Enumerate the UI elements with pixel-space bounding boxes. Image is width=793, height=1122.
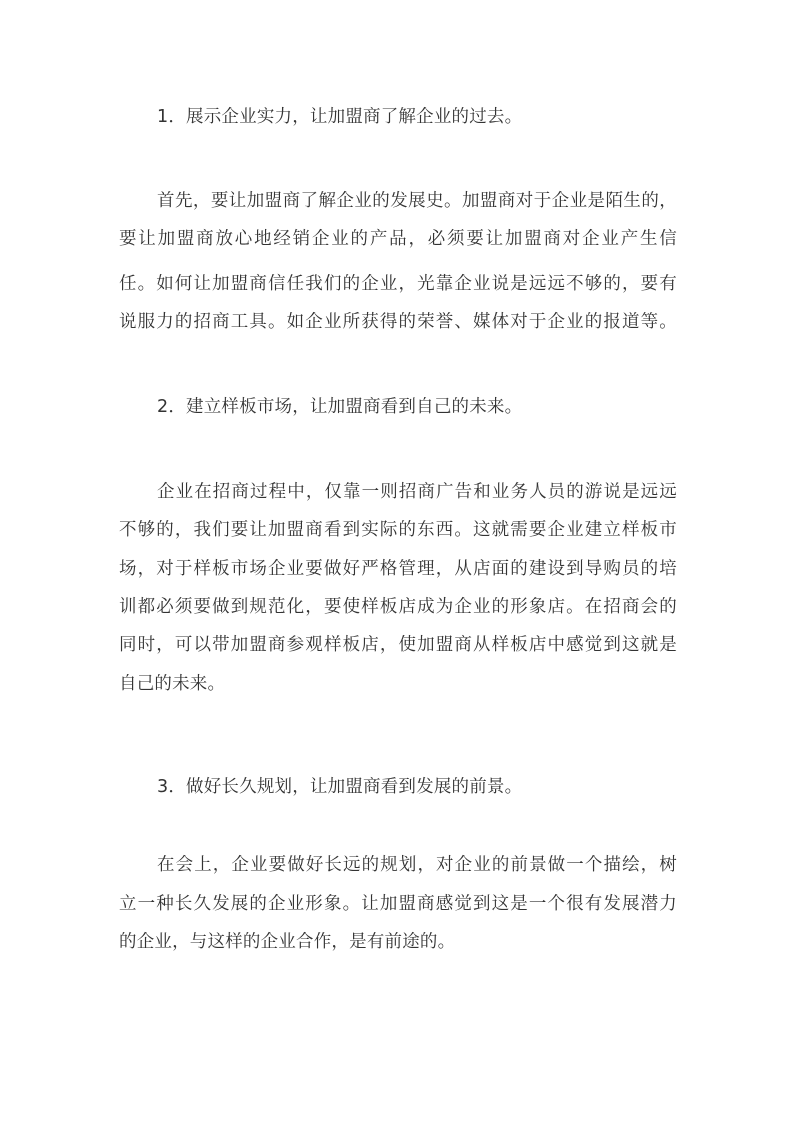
paragraph-line: 训都必须要做到规范化，要使样板店成为企业的形象店。在招商会的 <box>119 595 677 619</box>
paragraph-line: 不够的，我们要让加盟商看到实际的东西。这就需要企业建立样板市 <box>119 518 677 542</box>
paragraph-line: 自己的未来。 <box>119 672 677 696</box>
paragraph-line: 立一种长久发展的企业形象。让加盟商感觉到这是一个很有发展潜力 <box>119 892 677 916</box>
paragraph-line: 要让加盟商放心地经销企业的产品，必须要让加盟商对企业产生信 <box>119 227 677 251</box>
paragraph-line: 企业在招商过程中，仅靠一则招商广告和业务人员的游说是远远 <box>157 480 677 504</box>
paragraph-line: 任。如何让加盟商信任我们的企业，光靠企业说是远远不够的，要有 <box>119 272 677 296</box>
section-heading-3: 3．做好长久规划，让加盟商看到发展的前景。 <box>157 775 677 799</box>
paragraph-line: 同时，可以带加盟商参观样板店，使加盟商从样板店中感觉到这就是 <box>119 633 677 657</box>
paragraph-line: 场，对于样板市场企业要做好严格管理，从店面的建设到导购员的培 <box>119 557 677 581</box>
paragraph-line: 首先，要让加盟商了解企业的发展史。加盟商对于企业是陌生的， <box>157 189 677 213</box>
paragraph-line: 说服力的招商工具。如企业所获得的荣誉、媒体对于企业的报道等。 <box>119 310 677 334</box>
paragraph-line: 在会上，企业要做好长远的规划，对企业的前景做一个描绘，树 <box>157 853 677 877</box>
paragraph-line: 的企业，与这样的企业合作，是有前途的。 <box>119 930 677 954</box>
section-heading-2: 2．建立样板市场，让加盟商看到自己的未来。 <box>157 395 677 419</box>
section-heading-1: 1．展示企业实力，让加盟商了解企业的过去。 <box>157 105 677 129</box>
